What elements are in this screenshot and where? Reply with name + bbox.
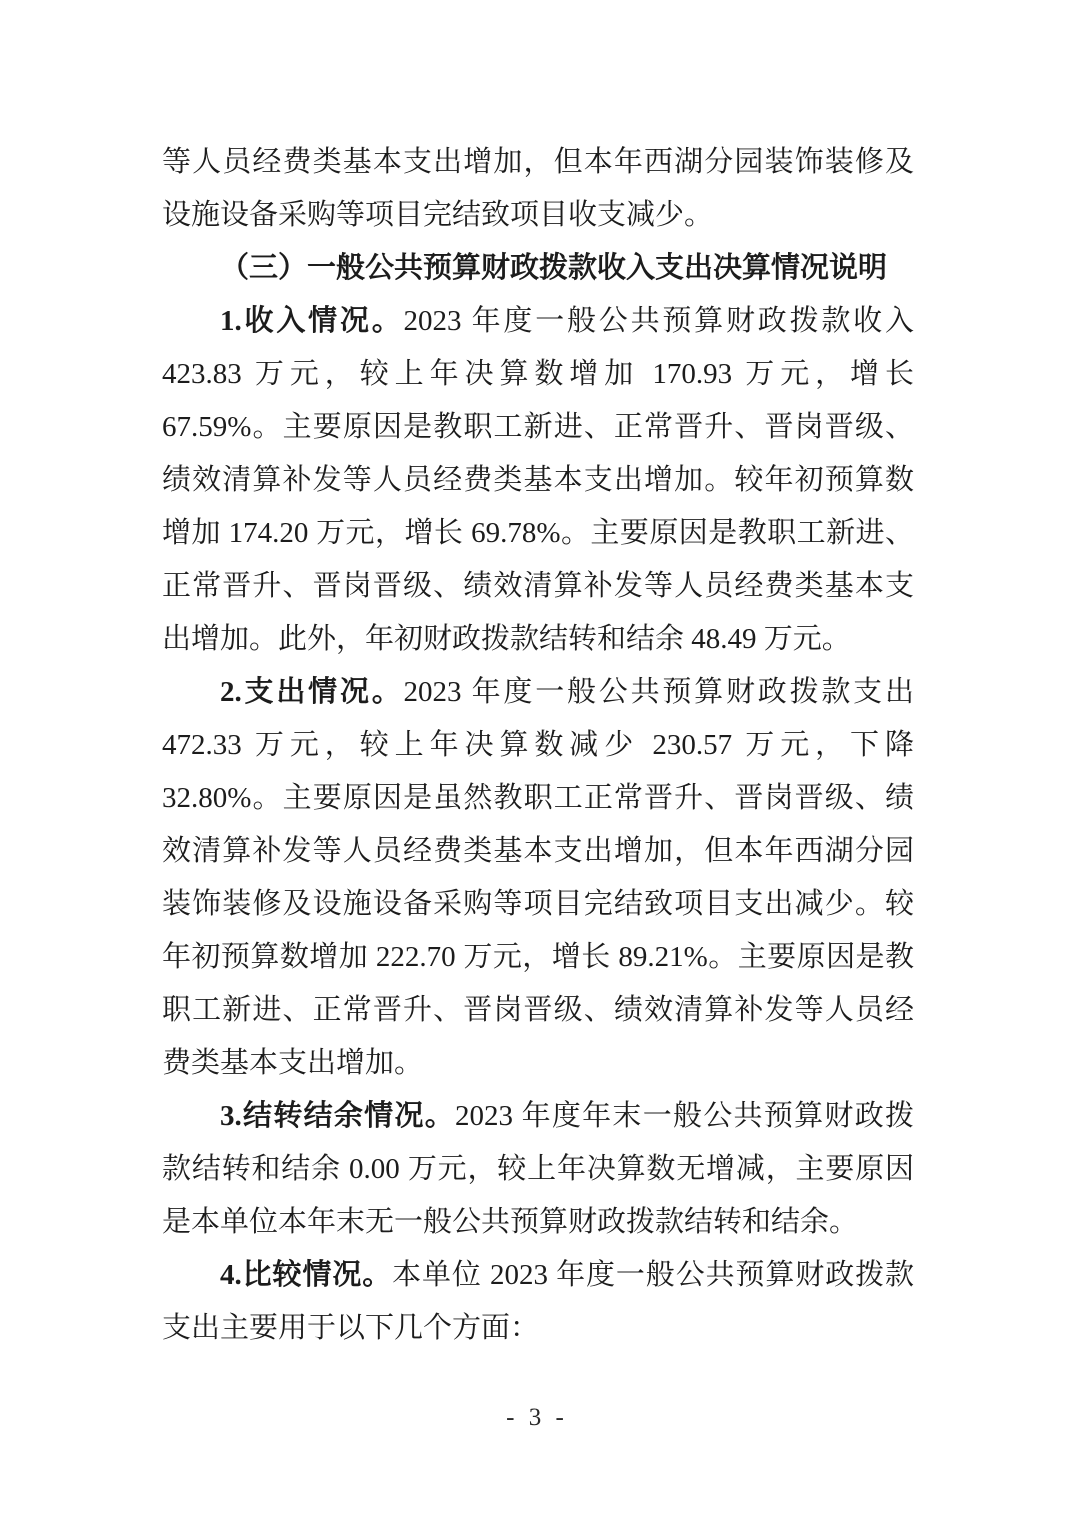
paragraph: 3.结转结余情况。2023 年度年末一般公共预算财政拨款结转和结余 0.00 万… xyxy=(162,1090,914,1249)
paragraph: 4.比较情况。本单位 2023 年度一般公共预算财政拨款支出主要用于以下几个方面… xyxy=(162,1249,914,1355)
bold-text-run: （三）一般公共预算财政拨款收入支出决算情况说明 xyxy=(220,252,887,284)
paragraph: 2.支出情况。2023 年度一般公共预算财政拨款支出 472.33 万元，较上年… xyxy=(162,666,914,1090)
bold-text-run: 4.比较情况。 xyxy=(220,1259,392,1291)
text-run: 2023 年度一般公共预算财政拨款收入 423.83 万元，较上年决算数增加 1… xyxy=(162,305,914,655)
page-number: - 3 - xyxy=(0,1398,1074,1438)
text-run: 等人员经费类基本支出增加，但本年西湖分园装饰装修及设施设备采购等项目完结致项目收… xyxy=(162,146,914,231)
paragraph: 1.收入情况。2023 年度一般公共预算财政拨款收入 423.83 万元，较上年… xyxy=(162,295,914,666)
bold-text-run: 3.结转结余情况。 xyxy=(220,1100,455,1132)
document-page: 等人员经费类基本支出增加，但本年西湖分园装饰装修及设施设备采购等项目完结致项目收… xyxy=(0,0,1074,1520)
paragraph: 等人员经费类基本支出增加，但本年西湖分园装饰装修及设施设备采购等项目完结致项目收… xyxy=(162,136,914,242)
bold-text-run: 2.支出情况。 xyxy=(220,676,404,708)
bold-text-run: 1.收入情况。 xyxy=(220,305,404,337)
section-heading: （三）一般公共预算财政拨款收入支出决算情况说明 xyxy=(162,242,914,295)
text-run: 2023 年度一般公共预算财政拨款支出 472.33 万元，较上年决算数减少 2… xyxy=(162,676,914,1079)
document-body: 等人员经费类基本支出增加，但本年西湖分园装饰装修及设施设备采购等项目完结致项目收… xyxy=(162,136,914,1355)
